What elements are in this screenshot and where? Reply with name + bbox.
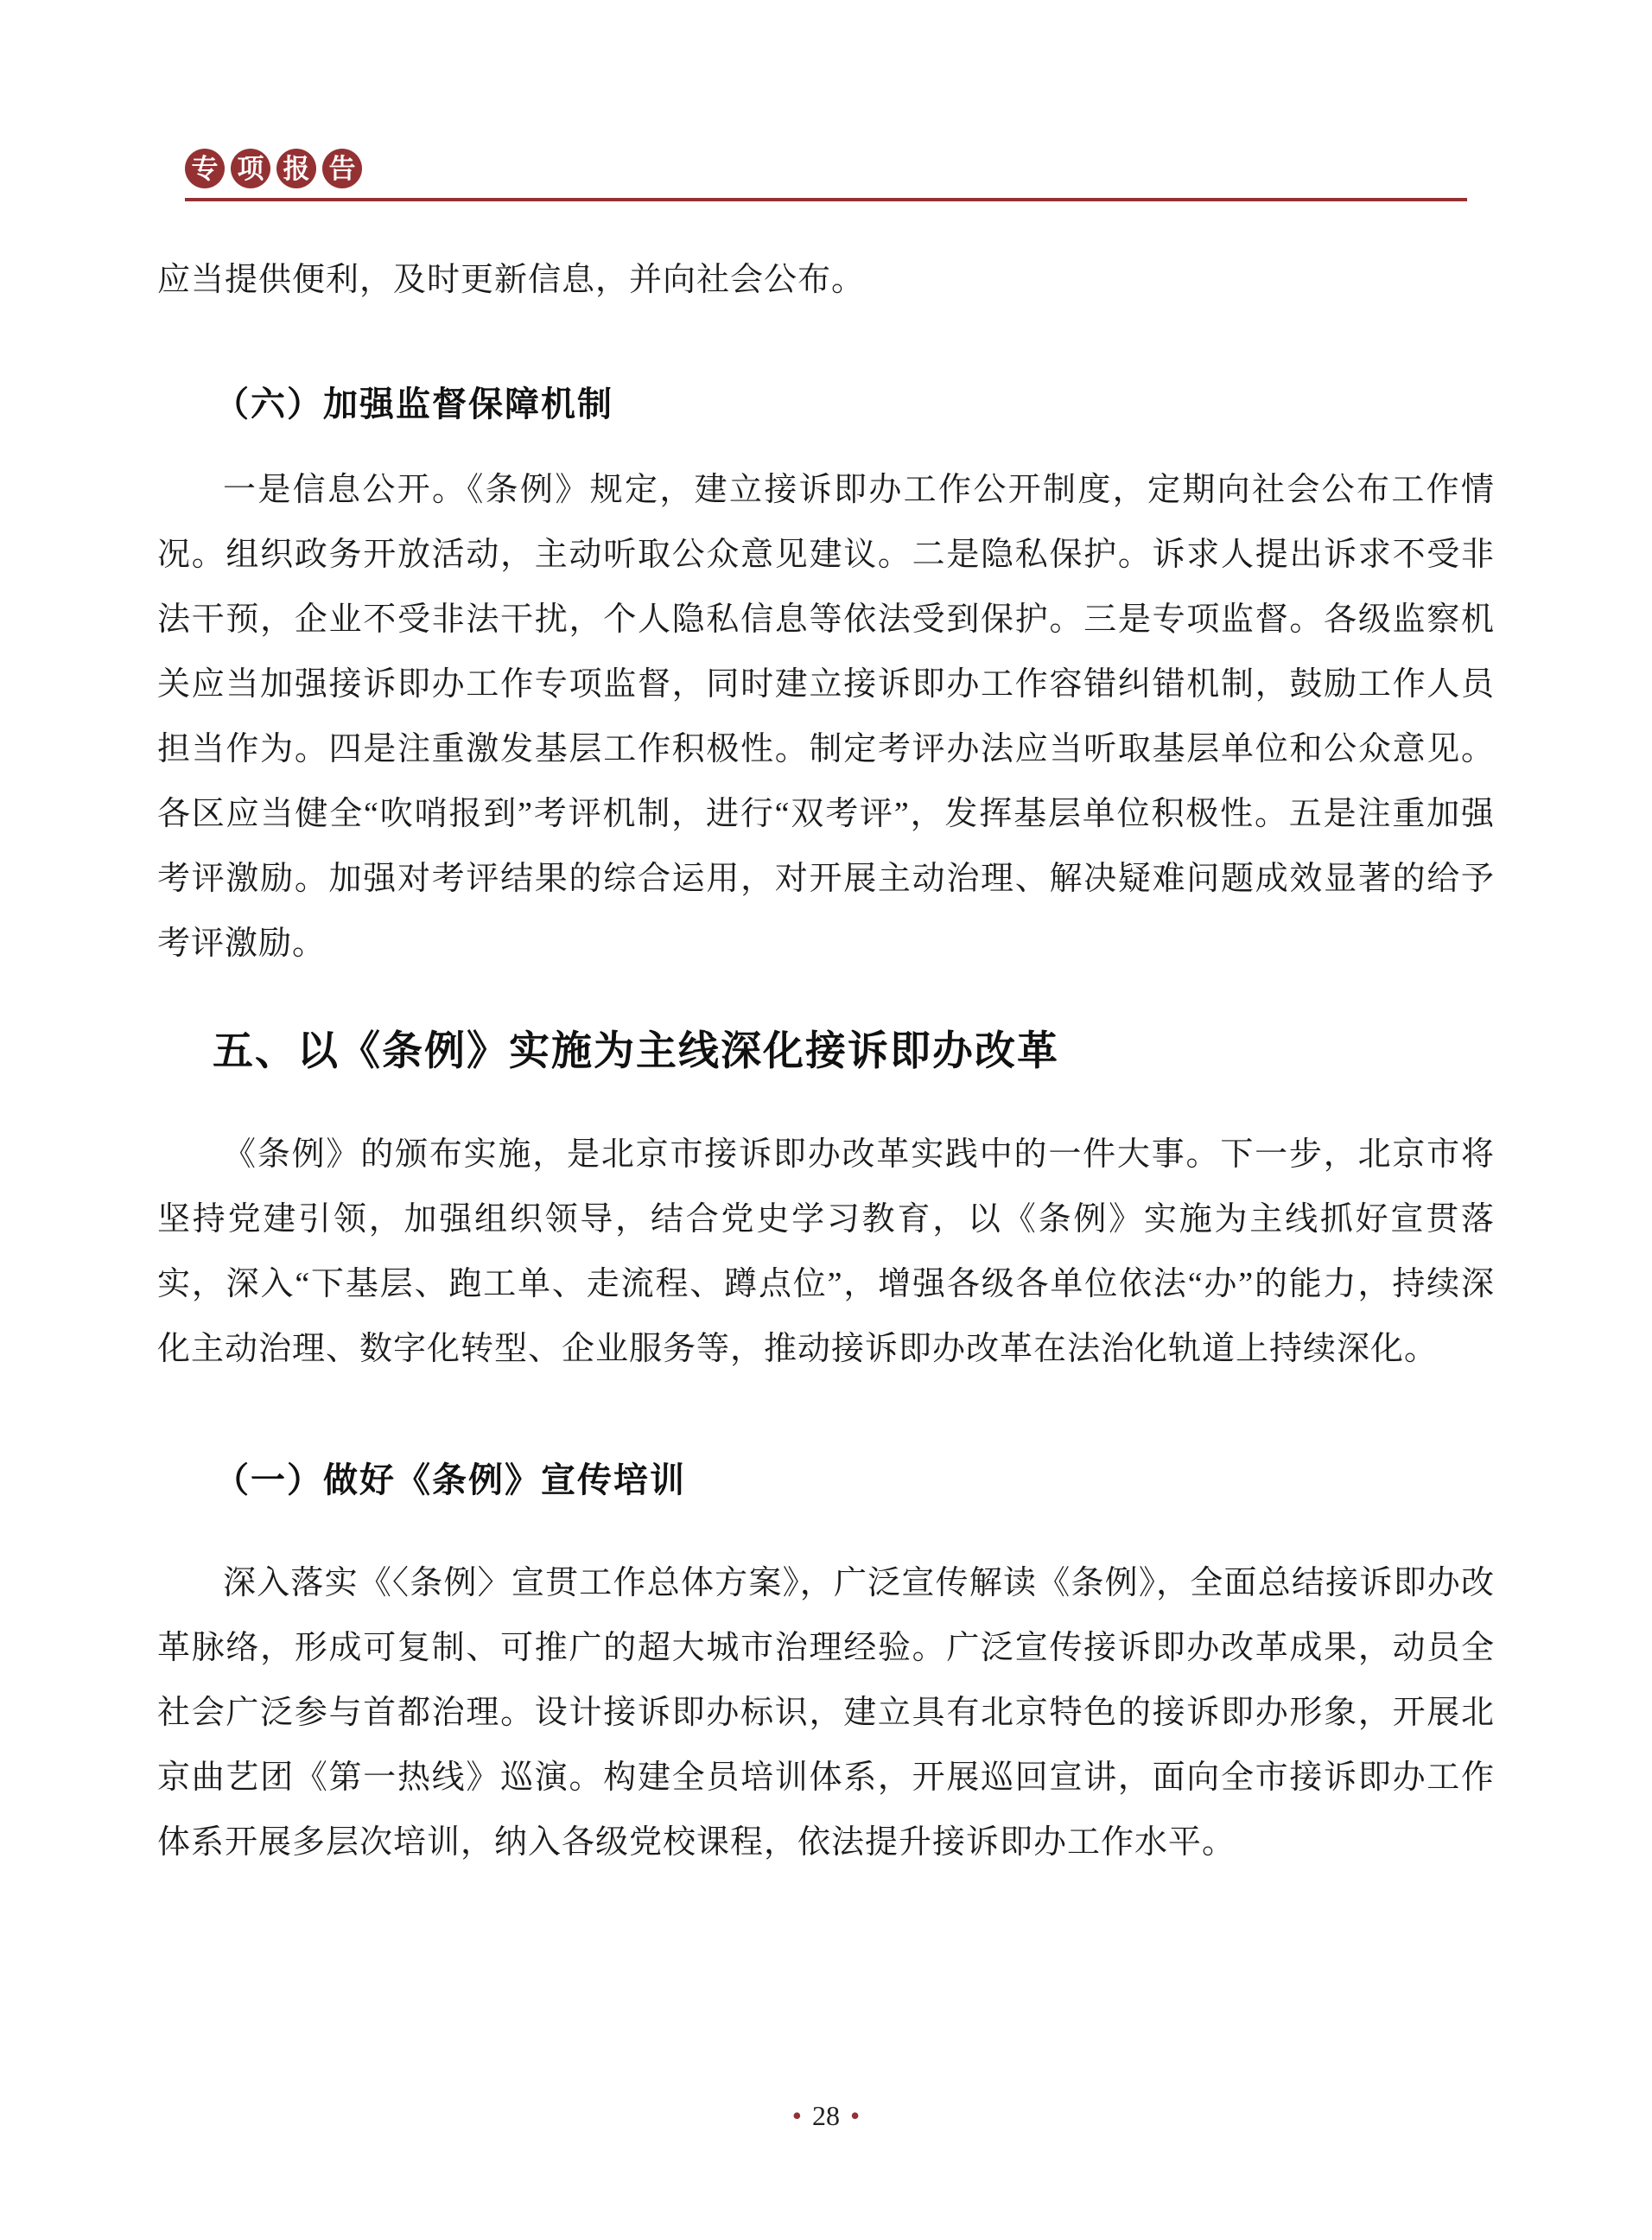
page-number-dot-left: • xyxy=(792,2100,802,2131)
report-type-badge: 专 项 报 告 xyxy=(185,149,1467,188)
page-number-dot-right: • xyxy=(850,2100,860,2131)
header-divider-rule xyxy=(185,198,1467,201)
badge-char-circle: 报 xyxy=(276,149,316,188)
paragraph-section-six: 一是信息公开。《条例》规定，建立接诉即办工作公开制度，定期向社会公布工作情况。组… xyxy=(157,458,1495,977)
heading-section-six: （六）加强监督保障机制 xyxy=(157,384,1495,425)
paragraph-continuation: 应当提供便利，及时更新信息，并向社会公布。 xyxy=(157,248,1495,313)
heading-chapter-five: 五、以《条例》实施为主线深化接诉即办改革 xyxy=(157,1027,1495,1075)
badge-char-circle: 专 xyxy=(185,149,225,188)
page-number: •28• xyxy=(0,2098,1652,2133)
heading-section-one: （一）做好《条例》宣传培训 xyxy=(157,1460,1495,1501)
paragraph-section-one: 深入落实《〈条例〉宣贯工作总体方案》，广泛宣传解读《条例》，全面总结接诉即办改革… xyxy=(157,1551,1495,1875)
paragraph-chapter-intro: 《条例》的颁布实施，是北京市接诉即办改革实践中的一件大事。下一步，北京市将坚持党… xyxy=(157,1123,1495,1382)
badge-char-circle: 项 xyxy=(231,149,270,188)
page-header: 专 项 报 告 xyxy=(185,149,1467,201)
document-body: 应当提供便利，及时更新信息，并向社会公布。 （六）加强监督保障机制 一是信息公开… xyxy=(157,248,1495,1875)
report-page: 专 项 报 告 应当提供便利，及时更新信息，并向社会公布。 （六）加强监督保障机… xyxy=(0,0,1652,2240)
badge-char-circle: 告 xyxy=(322,149,362,188)
page-number-value: 28 xyxy=(812,2100,840,2131)
